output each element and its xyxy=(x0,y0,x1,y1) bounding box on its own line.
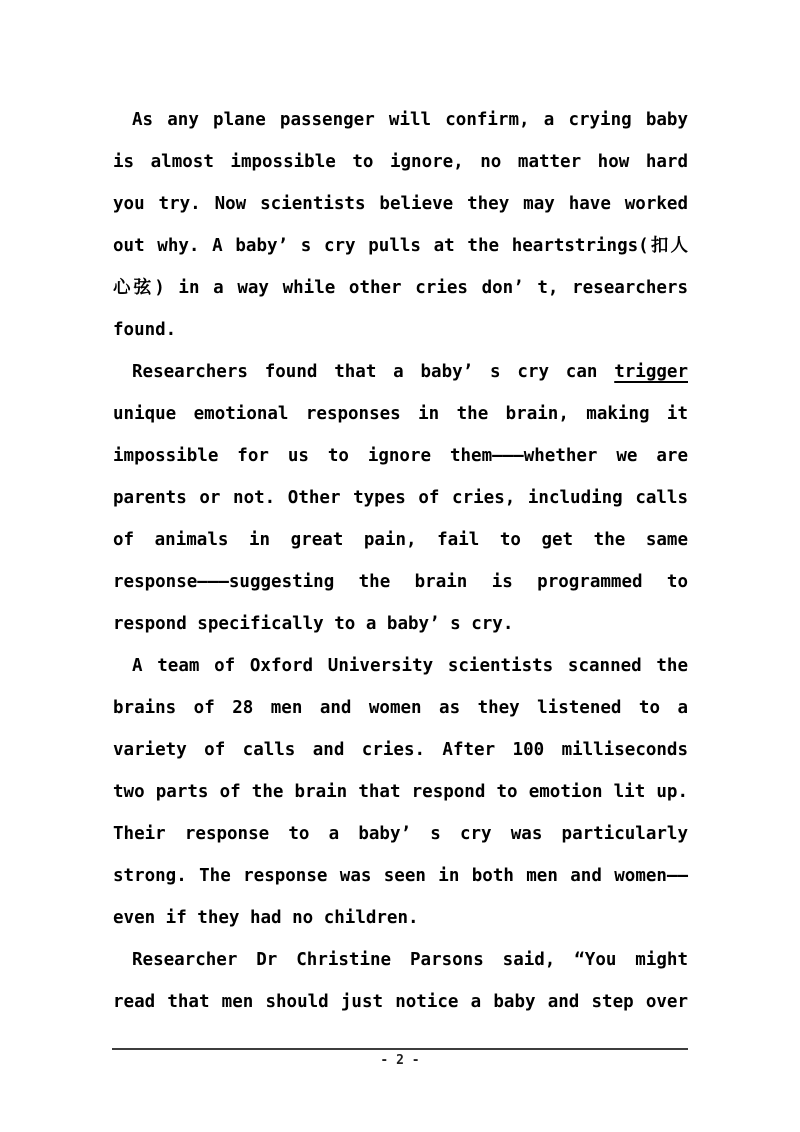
text-line: found. xyxy=(113,309,688,351)
text-line: strong. The response was seen in both me… xyxy=(113,855,688,897)
text-line: respond specifically to a baby’ s cry. xyxy=(113,603,688,645)
text-line: response———suggesting the brain is progr… xyxy=(113,561,688,603)
text-line: two parts of the brain that respond to e… xyxy=(113,771,688,813)
text-line: is almost impossible to ignore, no matte… xyxy=(113,141,688,183)
paragraph: As any plane passenger will confirm, a c… xyxy=(113,99,688,351)
text-line: of animals in great pain, fail to get th… xyxy=(113,519,688,561)
text-line: 心弦) in a way while other cries don’ t, r… xyxy=(113,267,688,309)
page-number: - 2 - xyxy=(0,1053,800,1068)
text-segment: you try. Now scientists believe they may… xyxy=(113,194,688,214)
text-line: Researchers found that a baby’ s cry can… xyxy=(113,351,688,393)
paragraph: Researchers found that a baby’ s cry can… xyxy=(113,351,688,645)
text-segment: variety of calls and cries. After 100 mi… xyxy=(113,740,688,760)
footer-divider xyxy=(112,1048,688,1050)
text-segment: found. xyxy=(113,320,176,340)
text-segment: 心弦) in a way while other cries don’ t, r… xyxy=(113,278,688,298)
text-segment: even if they had no children. xyxy=(113,908,419,928)
text-segment: Their response to a baby’ s cry was part… xyxy=(113,824,688,844)
text-segment: is almost impossible to ignore, no matte… xyxy=(113,152,688,172)
paragraph: A team of Oxford University scientists s… xyxy=(113,645,688,939)
text-line: you try. Now scientists believe they may… xyxy=(113,183,688,225)
text-segment: parents or not. Other types of cries, in… xyxy=(113,488,688,508)
text-line: even if they had no children. xyxy=(113,897,688,939)
paragraph: Researcher Dr Christine Parsons said, “Y… xyxy=(113,939,688,1023)
text-segment: impossible for us to ignore them———wheth… xyxy=(113,446,688,466)
text-line: unique emotional responses in the brain,… xyxy=(113,393,688,435)
text-segment: Researcher Dr Christine Parsons said, “Y… xyxy=(132,950,688,970)
text-segment: of animals in great pain, fail to get th… xyxy=(113,530,688,550)
document-page: As any plane passenger will confirm, a c… xyxy=(0,0,800,1132)
text-segment: two parts of the brain that respond to e… xyxy=(113,782,688,802)
text-segment: As any plane passenger will confirm, a c… xyxy=(132,110,688,130)
text-line: parents or not. Other types of cries, in… xyxy=(113,477,688,519)
text-line: Researcher Dr Christine Parsons said, “Y… xyxy=(113,939,688,981)
text-line: out why. A baby’ s cry pulls at the hear… xyxy=(113,225,688,267)
text-line: A team of Oxford University scientists s… xyxy=(113,645,688,687)
text-segment: read that men should just notice a baby … xyxy=(113,992,688,1012)
text-line: Their response to a baby’ s cry was part… xyxy=(113,813,688,855)
underlined-word: trigger xyxy=(614,362,688,382)
text-segment: out why. A baby’ s cry pulls at the hear… xyxy=(113,236,688,256)
text-segment: Researchers found that a baby’ s cry can xyxy=(132,362,614,382)
text-segment: strong. The response was seen in both me… xyxy=(113,866,688,886)
text-segment: unique emotional responses in the brain,… xyxy=(113,404,688,424)
text-line: As any plane passenger will confirm, a c… xyxy=(113,99,688,141)
text-line: variety of calls and cries. After 100 mi… xyxy=(113,729,688,771)
text-segment: A team of Oxford University scientists s… xyxy=(132,656,688,676)
text-segment: brains of 28 men and women as they liste… xyxy=(113,698,688,718)
text-segment: response———suggesting the brain is progr… xyxy=(113,572,688,592)
text-line: impossible for us to ignore them———wheth… xyxy=(113,435,688,477)
passage: As any plane passenger will confirm, a c… xyxy=(113,99,688,1023)
text-line: brains of 28 men and women as they liste… xyxy=(113,687,688,729)
text-line: read that men should just notice a baby … xyxy=(113,981,688,1023)
text-segment: respond specifically to a baby’ s cry. xyxy=(113,614,513,634)
